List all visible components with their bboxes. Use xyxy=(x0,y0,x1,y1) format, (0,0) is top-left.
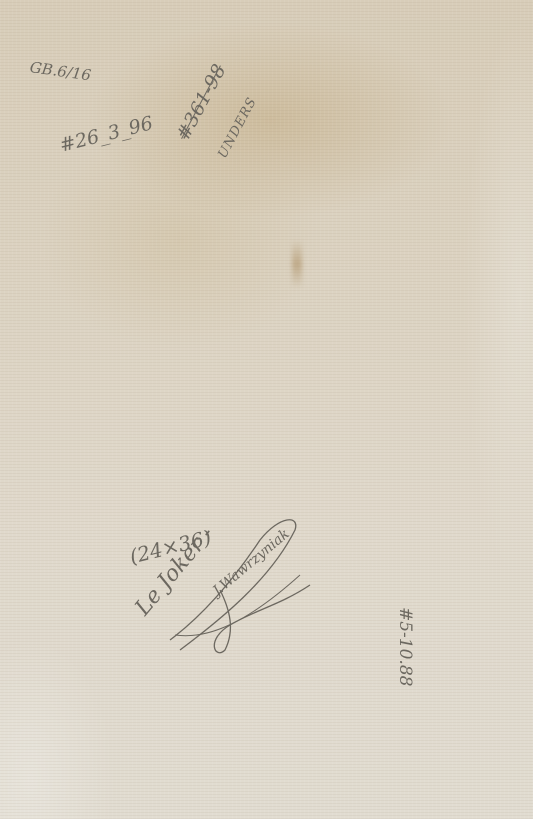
inscription-inventory-number: #5-10.88 xyxy=(395,607,415,686)
inscription-catalog-number: #26_3_96 xyxy=(57,112,155,156)
inscription-struck-number: #361-98 xyxy=(172,61,230,144)
canvas-back: GB.6/16 #26_3_96 #361-98 UNDERS (24×36) … xyxy=(0,0,533,819)
linen-texture xyxy=(0,0,533,819)
water-stain xyxy=(292,240,302,288)
inscription-unders: UNDERS xyxy=(215,95,260,161)
inscription-gb-code: GB.6/16 xyxy=(29,58,92,84)
inscription-signature: J.Wawrzyniak xyxy=(210,526,293,599)
